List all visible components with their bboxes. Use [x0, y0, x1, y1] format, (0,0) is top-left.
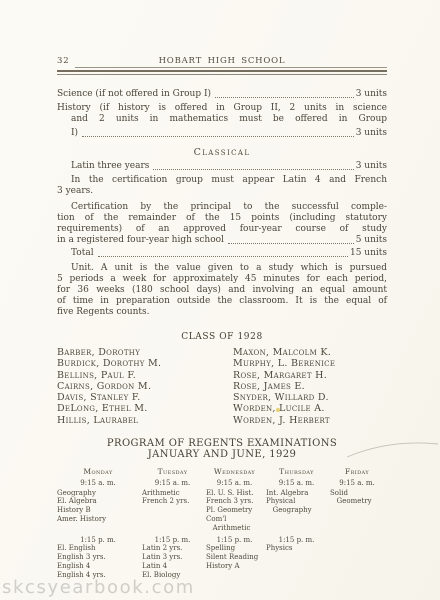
roster-name: Snyder, Willard D. [233, 392, 387, 403]
exam-subject: El. English [57, 544, 139, 553]
day-header: Monday [57, 468, 139, 477]
exam-subject: English 4 [57, 562, 139, 571]
watermark: skcsyearbook.com [2, 577, 195, 598]
exam-subject: History A [206, 562, 263, 571]
afternoon-time: 1:15 p. m. [57, 536, 139, 545]
exam-subject: Geography [57, 489, 139, 498]
afternoon-subjects: Spelling Silent Reading History A [206, 544, 263, 570]
roster-name: Rose, James E. [233, 381, 387, 392]
unit-note-line5: five Regents counts. [57, 307, 387, 318]
class-roster: Barber, Dorothy Burdick, Dorothy M. Bell… [57, 347, 387, 426]
exam-subject: Latin 4 [142, 562, 203, 571]
exam-subject: French 2 yrs. [142, 497, 203, 506]
latin-requirement-row: Latin three years 3 units [57, 161, 387, 172]
morning-subjects: El. U. S. Hist. French 3 yrs. Pl. Geomet… [206, 489, 263, 534]
exam-subject: Geography [266, 506, 327, 515]
roster-right-column: Maxon, Malcolm K. Murphy, L. Berenice Ro… [233, 347, 387, 426]
total-row: Total 15 units [57, 248, 387, 259]
unit-note-line3: for 36 weeks (180 school days) and invol… [57, 285, 387, 296]
scan-scratch-mark [345, 435, 440, 460]
certification-paragraph-line2: tion of the remainder of the 15 points (… [57, 213, 387, 224]
exam-subject: Arithmetic [142, 489, 203, 498]
morning-subjects: Int. Algebra Physical Geography [266, 489, 327, 534]
afternoon-subjects: Physics [266, 544, 327, 553]
header-baseline-rule [75, 67, 387, 68]
afternoon-time: 1:15 p. m. [206, 536, 263, 545]
morning-subjects: Geography El. Algebra History B Amer. Hi… [57, 489, 139, 534]
afternoon-time: 1:15 p. m. [266, 536, 327, 545]
page-header: 32 HOBART HIGH SCHOOL [57, 56, 387, 68]
roster-name: Worden, Lucile A. [233, 403, 387, 414]
exam-schedule-table: Monday 9:15 a. m. Geography El. Algebra … [57, 468, 387, 580]
exam-subject: French 3 yrs. [206, 497, 263, 506]
total-units: 15 units [350, 248, 387, 259]
exam-column-friday: Friday 9:15 a. m. Solid Geometry [330, 468, 387, 580]
exam-subject: Arithmetic [206, 524, 263, 533]
roster-name: Barber, Dorothy [57, 347, 233, 358]
dot-leader [98, 256, 348, 257]
day-header: Thursday [266, 468, 327, 477]
page-content: 32 HOBART HIGH SCHOOL Science (if not of… [57, 56, 387, 580]
certification-requirement-units: 5 units [356, 235, 387, 246]
afternoon-subjects: Latin 2 yrs. Latin 3 yrs. Latin 4 El. Bi… [142, 544, 203, 579]
dot-leader [153, 169, 353, 170]
science-requirement-units: 3 units [356, 89, 387, 100]
day-header: Wednesday [206, 468, 263, 477]
morning-time: 9:15 a. m. [330, 479, 384, 488]
yearbook-page: 32 HOBART HIGH SCHOOL Science (if not of… [0, 0, 440, 600]
exam-subject: El. Algebra [57, 497, 139, 506]
roster-name: Worden, J. Herbert [233, 415, 387, 426]
exam-column-monday: Monday 9:15 a. m. Geography El. Algebra … [57, 468, 142, 580]
dot-leader [215, 97, 354, 98]
unit-note-line2: 5 periods a week for approximately 45 mi… [57, 274, 387, 285]
history-requirement-row: I) 3 units [57, 128, 387, 139]
roster-left-column: Barber, Dorothy Burdick, Dorothy M. Bell… [57, 347, 233, 426]
roster-name: Bellins, Paul F. [57, 370, 233, 381]
exam-subject: Spelling [206, 544, 263, 553]
unit-note-line4: of time in preparation outside the class… [57, 296, 387, 307]
latin-requirement-units: 3 units [356, 161, 387, 172]
morning-time: 9:15 a. m. [57, 479, 139, 488]
exam-subject: Physical [266, 497, 327, 506]
morning-subjects: Solid Geometry [330, 489, 384, 534]
history-requirement-label: I) [71, 128, 78, 139]
class-of-1928-heading: CLASS OF 1928 [57, 332, 387, 343]
exam-subject: Latin 3 yrs. [142, 553, 203, 562]
exam-subject: Geometry [330, 497, 384, 506]
classical-section-heading: Classical [57, 147, 387, 158]
science-requirement-label: Science (if not offered in Group I) [57, 89, 211, 100]
certification-paragraph-line1: Certification by the principal to the su… [57, 202, 387, 213]
exam-subject: Int. Algebra [266, 489, 327, 498]
science-requirement-row: Science (if not offered in Group I) 3 un… [57, 89, 387, 100]
history-requirement-units: 3 units [356, 128, 387, 139]
certification-note-line2: 3 years. [57, 186, 387, 197]
header-title: HOBART HIGH SCHOOL [57, 56, 387, 67]
certification-requirement-row: in a registered four-year high school 5 … [57, 235, 387, 246]
roster-name: Hillis, Laurabel [57, 415, 233, 426]
exam-subject: Physics [266, 544, 327, 553]
roster-name: Rose, Margaret H. [233, 370, 387, 381]
page-number: 32 [57, 56, 69, 67]
morning-subjects: Arithmetic French 2 yrs. [142, 489, 203, 534]
afternoon-time: 1:15 p. m. [142, 536, 203, 545]
certification-requirement-label: in a registered four-year high school [57, 235, 224, 246]
header-double-rule [57, 70, 387, 75]
program-title: PROGRAM OF REGENTS EXAMINATIONS [57, 438, 387, 449]
exam-column-thursday: Thursday 9:15 a. m. Int. Algebra Physica… [266, 468, 330, 580]
exam-subject: El. U. S. Hist. [206, 489, 263, 498]
exam-subject: Silent Reading [206, 553, 263, 562]
exam-subject: Latin 2 yrs. [142, 544, 203, 553]
exam-subject: Com'l [206, 515, 263, 524]
morning-time: 9:15 a. m. [206, 479, 263, 488]
scan-speck-artifact [276, 408, 280, 412]
unit-note-line1: Unit. A unit is the value given to a stu… [57, 263, 387, 274]
roster-name: Cairns, Gordon M. [57, 381, 233, 392]
certification-note-line1: In the certification group must appear L… [57, 175, 387, 186]
roster-name: Murphy, L. Berenice [233, 358, 387, 369]
history-requirement-line1: History (if history is offered in Group … [57, 103, 387, 114]
exam-column-wednesday: Wednesday 9:15 a. m. El. U. S. Hist. Fre… [206, 468, 266, 580]
day-header: Tuesday [142, 468, 203, 477]
program-subtitle: JANUARY AND JUNE, 1929 [57, 449, 387, 460]
certification-paragraph-line3: requirements) of an approved four-year c… [57, 224, 387, 235]
day-header: Friday [330, 468, 384, 477]
roster-name: Burdick, Dorothy M. [57, 358, 233, 369]
exam-column-tuesday: Tuesday 9:15 a. m. Arithmetic French 2 y… [142, 468, 206, 580]
history-requirement-line2: and 2 units in mathematics must be offer… [57, 114, 387, 125]
latin-requirement-label: Latin three years [71, 161, 149, 172]
total-label: Total [71, 248, 94, 259]
dot-leader [82, 136, 354, 137]
roster-name: Davis, Stanley F. [57, 392, 233, 403]
exam-subject: English 3 yrs. [57, 553, 139, 562]
exam-subject: Pl. Geometry [206, 506, 263, 515]
exam-subject: History B [57, 506, 139, 515]
dot-leader [228, 243, 354, 244]
roster-name: DeLong, Ethel M. [57, 403, 233, 414]
morning-time: 9:15 a. m. [266, 479, 327, 488]
morning-time: 9:15 a. m. [142, 479, 203, 488]
exam-subject: Amer. History [57, 515, 139, 524]
exam-subject: Solid [330, 489, 384, 498]
afternoon-subjects: El. English English 3 yrs. English 4 Eng… [57, 544, 139, 579]
roster-name: Maxon, Malcolm K. [233, 347, 387, 358]
